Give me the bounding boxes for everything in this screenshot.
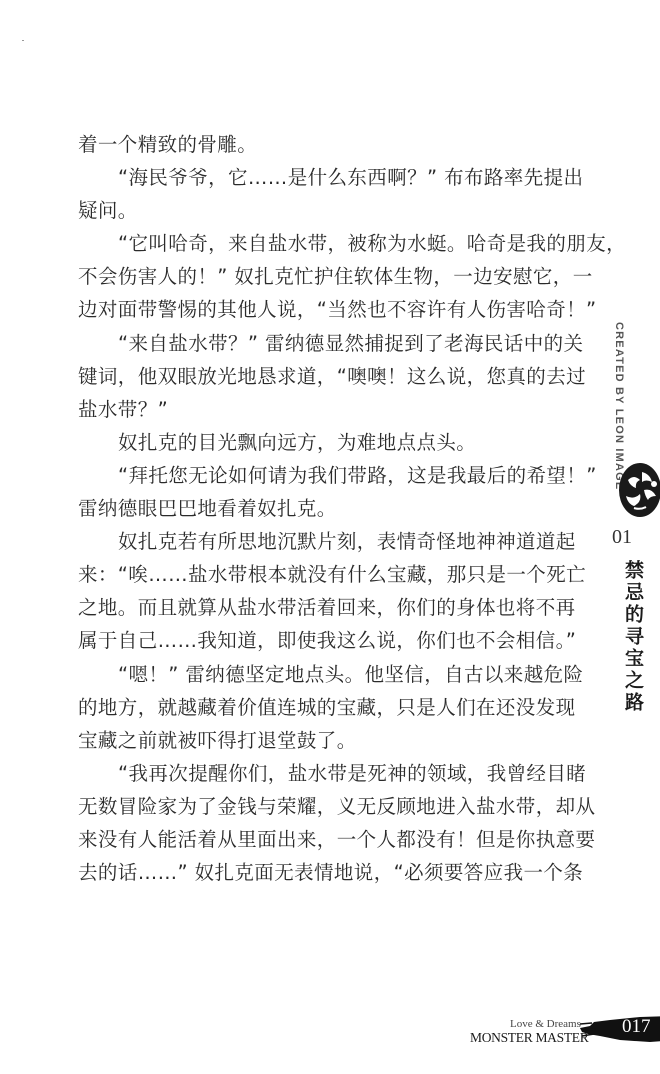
text-line: 不会伤害人的！” 奴扎克忙护住软体生物，一边安慰它，一 (78, 260, 598, 293)
text-line: 奴扎克的目光飘向远方，为难地点点头。 (78, 426, 598, 459)
text-line: 去的话……” 奴扎克面无表情地说，“必须要答应我一个条 (78, 856, 598, 889)
text-line: “它叫哈奇，来自盐水带，被称为水蜓。哈奇是我的朋友， (78, 227, 598, 260)
series-tagline: Love & Dreams (510, 1018, 581, 1030)
text-line: 键词，他双眼放光地恳求道，“噢噢！这么说，您真的去过 (78, 360, 598, 393)
text-line: 属于自己……我知道，即使我这么说，你们也不会相信。” (78, 624, 598, 657)
text-line: “我再次提醒你们，盐水带是死神的领域，我曾经目睹 (78, 757, 598, 790)
text-line: “拜托您无论如何请为我们带路，这是我最后的希望！” (78, 459, 598, 492)
dragon-emblem-icon (614, 460, 660, 520)
body-text: 着一个精致的骨雕。 “海民爷爷，它……是什么东西啊？” 布布路率先提出 疑问。 … (78, 128, 598, 889)
text-line: 来没有人能活着从里面出来，一个人都没有！但是你执意要 (78, 823, 598, 856)
text-line: 之地。而且就算从盐水带活着回来，你们的身体也将不再 (78, 591, 598, 624)
series-brand: MONSTER MASTER (470, 1030, 588, 1046)
text-line: 来：“唉……盐水带根本就没有什么宝藏，那只是一个死亡 (78, 558, 598, 591)
text-line: 雷纳德眼巴巴地看着奴扎克。 (78, 492, 598, 525)
text-line: 奴扎克若有所思地沉默片刻，表情奇怪地神神道道起 (78, 525, 598, 558)
text-line: “海民爷爷，它……是什么东西啊？” 布布路率先提出 (78, 161, 598, 194)
page-footer: Love & Dreams MONSTER MASTER 017 (462, 1008, 660, 1048)
text-line: “嗯！” 雷纳德坚定地点头。他坚信，自古以来越危险 (78, 658, 598, 691)
chapter-number: 01 (612, 526, 632, 549)
text-line: 无数冒险家为了金钱与荣耀，义无反顾地进入盐水带，却从 (78, 790, 598, 823)
text-line: 着一个精致的骨雕。 (78, 128, 598, 161)
scan-speck (22, 40, 24, 41)
text-line: 宝藏之前就被吓得打退堂鼓了。 (78, 724, 598, 757)
text-line: 盐水带？” (78, 393, 598, 426)
page-number: 017 (622, 1016, 651, 1038)
text-line: 边对面带警惕的其他人说，“当然也不容许有人伤害哈奇！” (78, 293, 598, 326)
text-line: 疑问。 (78, 194, 598, 227)
chapter-title: 禁忌的寻宝之路 (620, 560, 647, 714)
text-line: “来自盐水带？” 雷纳德显然捕捉到了老海民话中的关 (78, 327, 598, 360)
text-line: 的地方，就越藏着价值连城的宝藏，只是人们在还没发现 (78, 691, 598, 724)
